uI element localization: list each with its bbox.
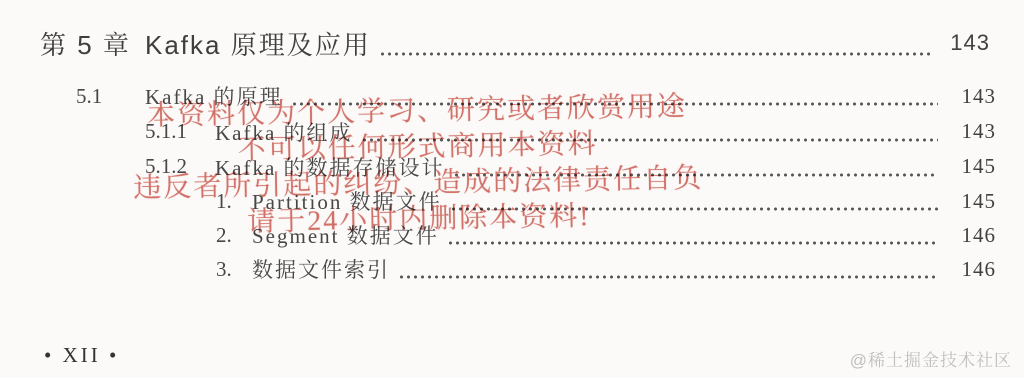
toc-entry-page: 146 (944, 223, 996, 248)
toc-entry-page: 146 (944, 257, 996, 282)
toc-entry: 第 5 章 Kafka 原理及应用 143 (0, 20, 1024, 66)
juejin-watermark: @稀土掘金技术社区 (850, 346, 1012, 371)
toc-entry-number: 1. (216, 189, 252, 214)
toc-entry-number: 第 5 章 (40, 25, 145, 62)
toc-entry: 5.1.1 Kafka 的组成 143 (0, 114, 1024, 149)
toc-entry-number: 5.1.1 (145, 119, 215, 144)
toc-entry-title: Kafka 的组成 (215, 117, 353, 147)
dot-leader (453, 155, 938, 177)
toc-entry-number: 5.1.2 (145, 154, 215, 179)
toc-entry-page: 143 (944, 84, 996, 109)
toc-entry-title: Partition 数据文件 (252, 186, 442, 216)
toc-entry-title: 数据文件索引 (252, 254, 390, 284)
dot-leader (291, 85, 938, 107)
toc-entry: 1. Partition 数据文件 145 (0, 184, 1024, 218)
toc-entry-number: 2. (216, 223, 252, 248)
dot-leader (398, 258, 938, 280)
toc-entry-page: 145 (944, 154, 996, 179)
toc-entry-title: Kafka 的原理 (145, 81, 283, 111)
toc-entry: 2. Segment 数据文件 146 (0, 218, 1024, 252)
toc-entry: 3. 数据文件索引 146 (0, 252, 1024, 286)
page-number-roman: • XII • (44, 343, 119, 368)
toc-entry: 5.1 Kafka 的原理 143 (0, 78, 1024, 114)
toc-entry-number: 5.1 (76, 84, 145, 109)
dot-leader (447, 224, 938, 246)
toc-entry-page: 143 (944, 119, 996, 144)
toc-page: 第 5 章 Kafka 原理及应用 143 5.1 Kafka 的原理 143 … (0, 0, 1024, 378)
toc-entry: 5.1.2 Kafka 的数据存储设计 145 (0, 149, 1024, 184)
dot-leader (450, 190, 938, 212)
dot-leader (361, 120, 938, 142)
dot-leader (379, 29, 932, 56)
toc-entry-page: 145 (944, 189, 996, 214)
toc-entry-title: Segment 数据文件 (252, 220, 439, 250)
toc-list: 第 5 章 Kafka 原理及应用 143 5.1 Kafka 的原理 143 … (0, 20, 1024, 286)
toc-entry-number: 3. (216, 257, 252, 282)
toc-entry-title: Kafka 的数据存储设计 (215, 152, 445, 182)
toc-entry-title: Kafka 原理及应用 (145, 25, 371, 62)
toc-entry-page: 143 (938, 30, 990, 56)
